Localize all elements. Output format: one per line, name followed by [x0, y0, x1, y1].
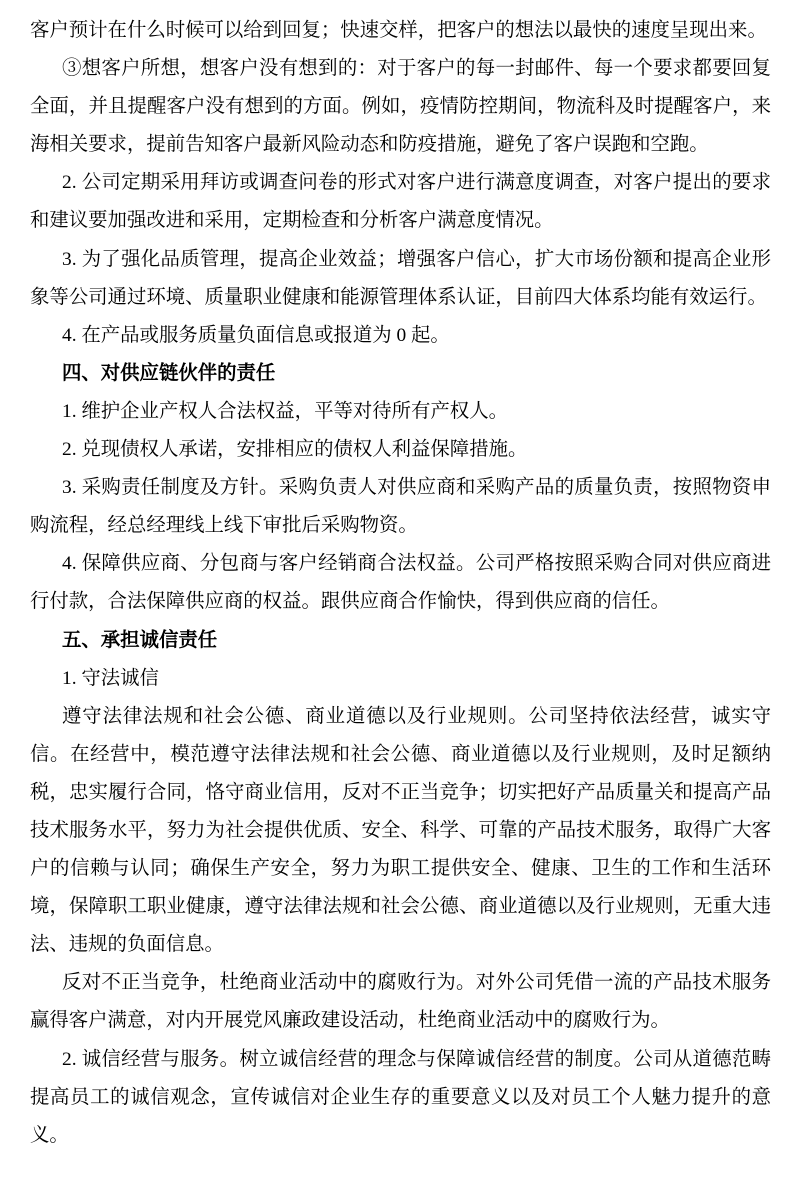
paragraph: 遵守法律法规和社会公德、商业道德以及行业规则。公司坚持依法经营，诚实守信。在经营… — [30, 698, 771, 965]
paragraph: 客户预计在什么时候可以给到回复；快速交样，把客户的想法以最快的速度呈现出来。 — [30, 12, 771, 50]
paragraph: 2. 兑现债权人承诺，安排相应的债权人利益保障措施。 — [30, 431, 771, 469]
paragraph: 3. 为了强化品质管理，提高企业效益；增强客户信心，扩大市场份额和提高企业形象等… — [30, 241, 771, 317]
section-heading-integrity: 五、承担诚信责任 — [30, 622, 771, 660]
section-heading-supply-chain: 四、对供应链伙伴的责任 — [30, 355, 771, 393]
document-page: 客户预计在什么时候可以给到回复；快速交样，把客户的想法以最快的速度呈现出来。 ③… — [0, 0, 800, 1179]
paragraph: 4. 在产品或服务质量负面信息或报道为 0 起。 — [30, 317, 771, 355]
paragraph: 1. 守法诚信 — [30, 660, 771, 698]
paragraph: ③想客户所想，想客户没有想到的：对于客户的每一封邮件、每一个要求都要回复全面，并… — [30, 50, 771, 164]
paragraph: 1. 维护企业产权人合法权益，平等对待所有产权人。 — [30, 393, 771, 431]
paragraph: 2. 公司定期采用拜访或调查问卷的形式对客户进行满意度调查，对客户提出的要求和建… — [30, 164, 771, 240]
paragraph: 2. 诚信经营与服务。树立诚信经营的理念与保障诚信经营的制度。公司从道德范畴提高… — [30, 1041, 771, 1155]
paragraph: 4. 保障供应商、分包商与客户经销商合法权益。公司严格按照采购合同对供应商进行付… — [30, 545, 771, 621]
paragraph: 3. 采购责任制度及方针。采购负责人对供应商和采购产品的质量负责，按照物资申购流… — [30, 469, 771, 545]
paragraph: 反对不正当竞争，杜绝商业活动中的腐败行为。对外公司凭借一流的产品技术服务赢得客户… — [30, 964, 771, 1040]
